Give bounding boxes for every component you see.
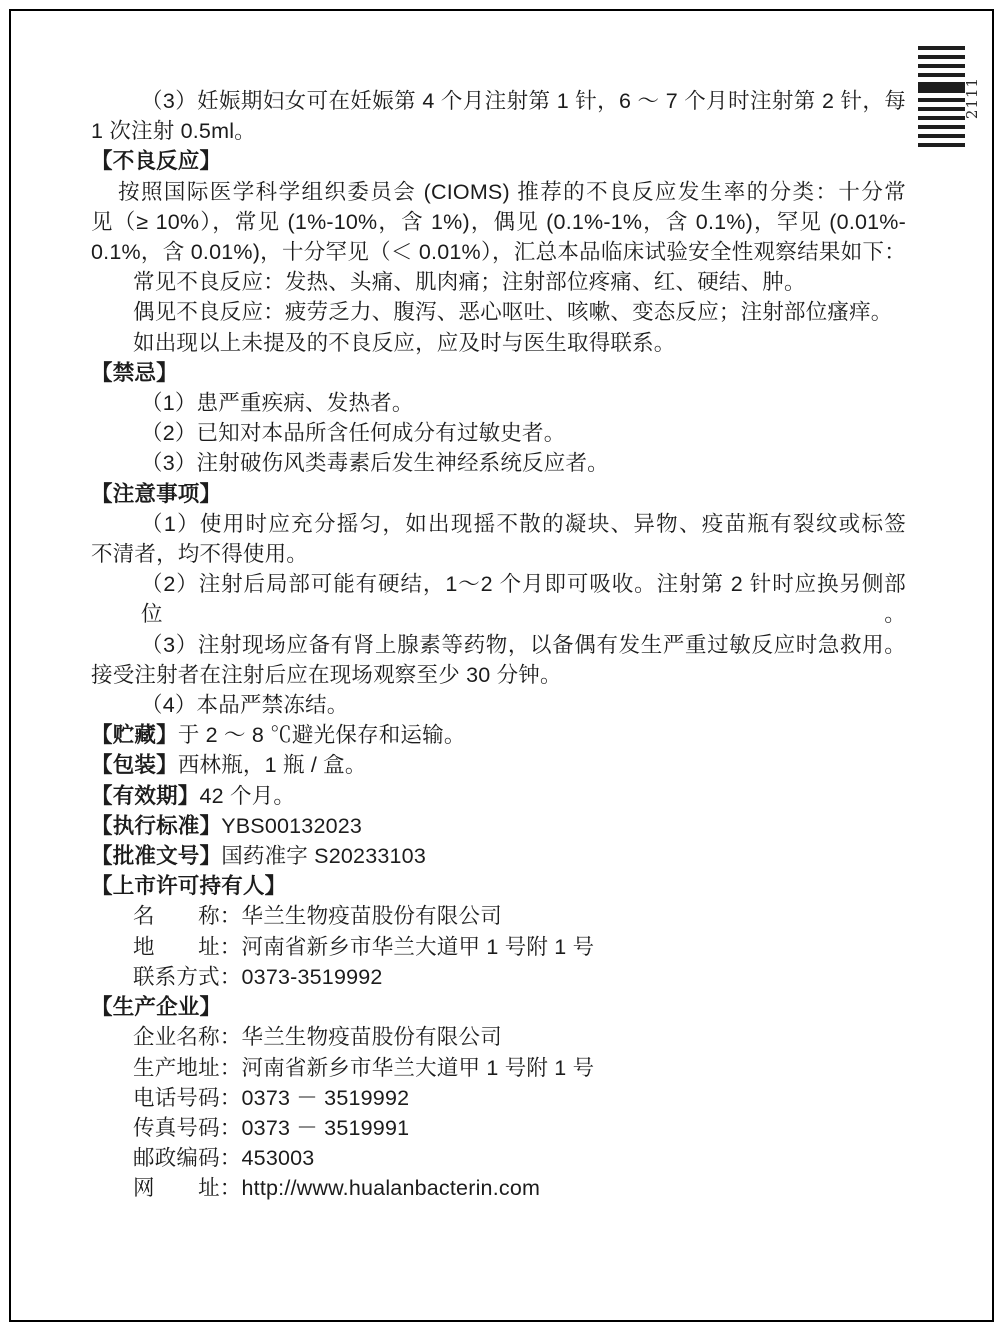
barcode-bar xyxy=(918,64,965,68)
barcode-bars xyxy=(918,46,965,147)
barcode-bar xyxy=(918,134,965,138)
body-line: 见（≥ 10%），常见 (1%-10%，含 1%)，偶见 (0.1%-1%，含 … xyxy=(91,207,906,237)
package-insert-page: 2111 （3）妊娠期妇女可在妊娠第 4 个月注射第 1 针，6 ～ 7 个月时… xyxy=(0,0,1000,1327)
barcode-bar xyxy=(918,107,965,111)
barcode-label-text: 2111 xyxy=(963,77,981,119)
body-line: 生产地址：河南省新乡市华兰大道甲 1 号附 1 号 xyxy=(91,1053,906,1083)
body-line: 按照国际医学科学组织委员会 (CIOMS) 推荐的不良反应发生率的分类：十分常 xyxy=(91,177,906,207)
field-value: 西林瓶，1 瓶 / 盒。 xyxy=(178,753,367,777)
section-heading: 【禁忌】 xyxy=(91,358,906,388)
barcode-bar xyxy=(918,125,965,129)
labeled-field-line: 【执行标准】YBS00132023 xyxy=(91,811,906,841)
barcode-bar xyxy=(918,55,965,59)
section-label: 【批准文号】 xyxy=(91,844,221,868)
barcode-bar xyxy=(918,116,965,120)
body-line: 传真号码：0373 － 3519991 xyxy=(91,1113,906,1143)
barcode-bar xyxy=(918,46,965,50)
section-label: 【包装】 xyxy=(91,753,178,777)
section-heading: 【不良反应】 xyxy=(91,146,906,176)
section-heading: 【注意事项】 xyxy=(91,479,906,509)
body-line: 网 址：http://www.hualanbacterin.com xyxy=(91,1173,906,1203)
body-line: 不清者，均不得使用。 xyxy=(91,539,906,569)
field-value: 42 个月。 xyxy=(200,784,296,808)
barcode-label: 2111 xyxy=(964,71,980,125)
labeled-field-line: 【贮藏】于 2 ～ 8 ℃避光保存和运输。 xyxy=(91,720,906,750)
body-line: 地 址：河南省新乡市华兰大道甲 1 号附 1 号 xyxy=(91,932,906,962)
body-line: 接受注射者在注射后应在现场观察至少 30 分钟。 xyxy=(91,660,906,690)
section-heading: 【生产企业】 xyxy=(91,992,906,1022)
body-line: （2）已知对本品所含任何成分有过敏史者。 xyxy=(91,418,906,448)
section-heading: 【上市许可持有人】 xyxy=(91,871,906,901)
body-line: 邮政编码：453003 xyxy=(91,1143,906,1173)
barcode-bar xyxy=(918,82,965,93)
print-control-barcode: 2111 xyxy=(918,46,965,152)
labeled-field-line: 【有效期】42 个月。 xyxy=(91,781,906,811)
section-label: 【有效期】 xyxy=(91,784,200,808)
body-line: （1）使用时应充分摇匀，如出现摇不散的凝块、异物、疫苗瓶有裂纹或标签 xyxy=(91,509,906,539)
field-value: YBS00132023 xyxy=(221,814,362,838)
body-line: （3）妊娠期妇女可在妊娠第 4 个月注射第 1 针，6 ～ 7 个月时注射第 2… xyxy=(91,86,906,116)
body-line: 企业名称：华兰生物疫苗股份有限公司 xyxy=(91,1022,906,1052)
body-line: （1）患严重疾病、发热者。 xyxy=(91,388,906,418)
body-line: 0.1%，含 0.01%)，十分罕见（＜ 0.01%），汇总本品临床试验安全性观… xyxy=(91,237,906,267)
body-line: 如出现以上未提及的不良反应，应及时与医生取得联系。 xyxy=(91,328,906,358)
section-label: 【贮藏】 xyxy=(91,723,178,747)
labeled-field-line: 【批准文号】国药准字 S20233103 xyxy=(91,841,906,871)
body-line: 电话号码：0373 － 3519992 xyxy=(91,1083,906,1113)
field-value: 国药准字 S20233103 xyxy=(221,844,426,868)
section-label: 【执行标准】 xyxy=(91,814,221,838)
labeled-field-line: 【包装】西林瓶，1 瓶 / 盒。 xyxy=(91,750,906,780)
body-line: （2）注射后局部可能有硬结，1～2 个月即可吸收。注射第 2 针时应换另侧部位。 xyxy=(91,569,906,629)
barcode-bar xyxy=(918,143,965,147)
body-line: 名 称：华兰生物疫苗股份有限公司 xyxy=(91,901,906,931)
insert-body-text: （3）妊娠期妇女可在妊娠第 4 个月注射第 1 针，6 ～ 7 个月时注射第 2… xyxy=(91,86,906,1204)
body-line: 联系方式：0373-3519992 xyxy=(91,962,906,992)
body-line: 偶见不良反应：疲劳乏力、腹泻、恶心呕吐、咳嗽、变态反应；注射部位瘙痒。 xyxy=(91,297,906,327)
body-line: （3）注射现场应备有肾上腺素等药物，以备偶有发生严重过敏反应时急救用。 xyxy=(91,630,906,660)
body-line: （3）注射破伤风类毒素后发生神经系统反应者。 xyxy=(91,448,906,478)
body-line: （4）本品严禁冻结。 xyxy=(91,690,906,720)
body-line: 1 次注射 0.5ml。 xyxy=(91,116,906,146)
body-line: 常见不良反应：发热、头痛、肌肉痛；注射部位疼痛、红、硬结、肿。 xyxy=(91,267,906,297)
field-value: 于 2 ～ 8 ℃避光保存和运输。 xyxy=(178,723,466,747)
barcode-bar xyxy=(918,73,965,77)
barcode-bar xyxy=(918,98,965,102)
